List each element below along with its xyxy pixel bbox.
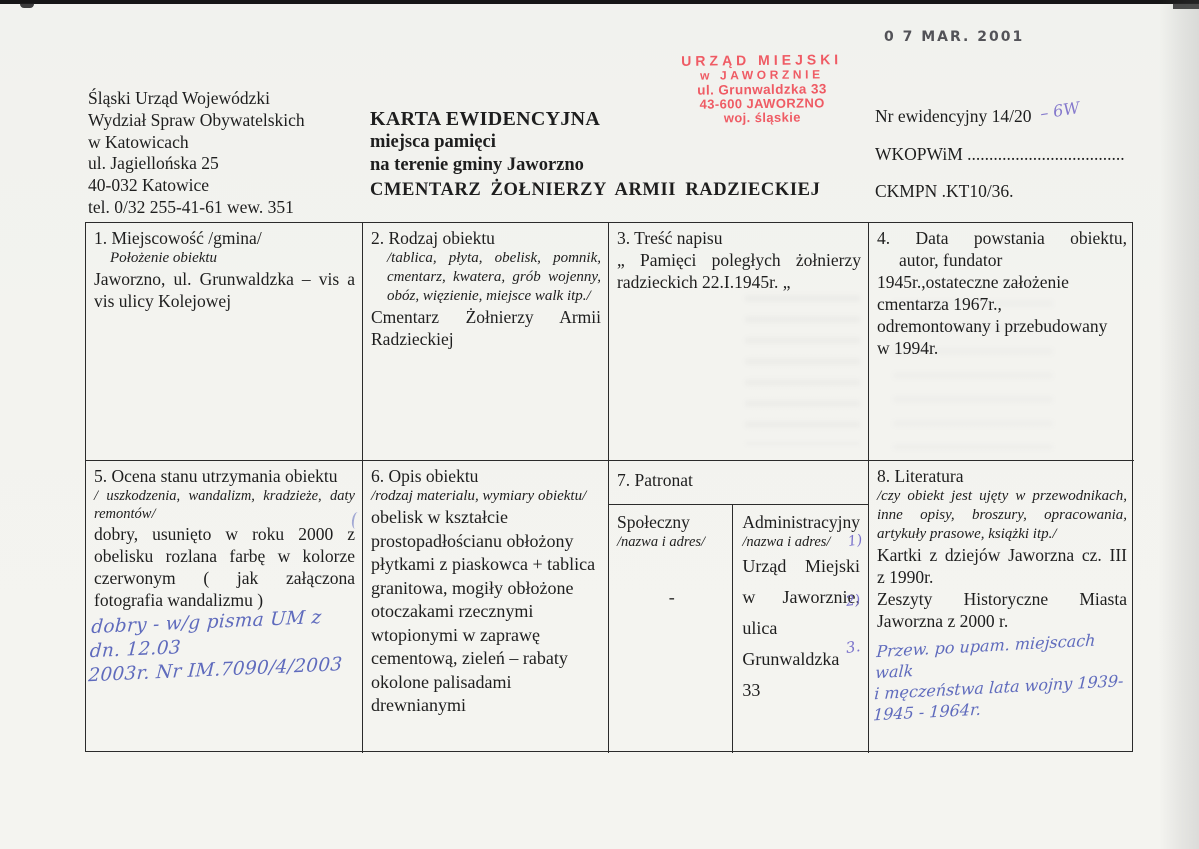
cell-hint: artykuły prasowe, książki itp./ bbox=[877, 525, 1127, 544]
cell-value-line: granitowa, mogiły obłożone bbox=[371, 577, 601, 601]
cell-value-line: obelisku rozlana farbę w kolorze bbox=[94, 545, 355, 567]
cell-rodzaj-obiektu: 2. Rodzaj obiektu /tablica, płyta, obeli… bbox=[363, 223, 609, 461]
sender-line: w Katowicach bbox=[88, 132, 305, 154]
card-subtitle: na terenie gminy Jaworzno bbox=[370, 154, 820, 177]
cell-miejscowosc: 1. Miejscowość /gmina/ Położenie obiektu… bbox=[86, 223, 363, 461]
cell-value-line: wtopionymi w zaprawę bbox=[371, 624, 601, 648]
cell-patronat: 7. Patronat Społeczny /nazwa i adres/ - … bbox=[609, 461, 869, 753]
cell-value-line: Urząd Miejski bbox=[742, 551, 860, 582]
cell-value-line: radzieckich 22.I.1945r. „ bbox=[617, 271, 861, 293]
cell-hint: /tablica, płyta, obelisk, pomnik, bbox=[371, 249, 601, 268]
cell-opis-obiektu: 6. Opis obiektu /rodzaj materialu, wymia… bbox=[363, 461, 609, 753]
subcolumn-hint: /nazwa i adres/ bbox=[742, 533, 860, 551]
cell-hint: remontów/ bbox=[94, 505, 355, 523]
handwritten-annotation: 1) bbox=[846, 530, 863, 553]
cell-value-line: Radzieckiej bbox=[371, 328, 601, 350]
cell-value-line: cementową, zieleń – rabaty bbox=[371, 647, 601, 671]
cell-heading: 5. Ocena stanu utrzymania obiektu bbox=[94, 465, 355, 487]
registry-number-line: Nr ewidencyjny 14/20– 6W bbox=[875, 106, 1125, 127]
cell-value-line: Jaworzna z 2000 r. bbox=[877, 610, 1127, 632]
card-subtitle: miejsca pamięci bbox=[370, 131, 820, 154]
cell-value-line: Kartki z dziejów Jaworzna cz. III bbox=[877, 544, 1127, 566]
cell-value-line: obelisk w kształcie bbox=[371, 506, 601, 530]
sender-line: ul. Jagiellońska 25 bbox=[88, 153, 305, 175]
cell-tresc-napisu: 3. Treść napisu „ Pamięci poległych żołn… bbox=[609, 223, 869, 461]
cell-hint: obóz, więzienie, miejsce walk itp./ bbox=[371, 287, 601, 306]
cell-value-line: 1945r.,ostateczne założenie bbox=[877, 271, 1127, 293]
registry-number: Nr ewidencyjny 14/20 bbox=[875, 106, 1032, 126]
cell-value-line: czerwonym ( jak załączona bbox=[94, 567, 355, 589]
cell-heading: 4. Data powstania obiektu, bbox=[877, 227, 1127, 249]
cell-value-line: odremontowany i przebudowany bbox=[877, 315, 1127, 337]
cell-heading: autor, fundator bbox=[877, 249, 1127, 271]
object-title: CMENTARZ ŻOŁNIERZY ARMII RADZIECKIEJ bbox=[370, 178, 820, 202]
subcolumn-value: - bbox=[617, 587, 726, 609]
cell-data-powstania: 4. Data powstania obiektu, autor, fundat… bbox=[869, 223, 1134, 461]
municipal-office-stamp: URZĄD MIEJSKI w JAWORZNIE ul. Grunwaldzk… bbox=[642, 52, 883, 127]
scan-artifact bbox=[20, 3, 34, 8]
handwritten-note: dobry - w/g pisma UM z dn. 12.03 2003r. … bbox=[88, 605, 355, 689]
cell-hint: cmentarz, kwatera, grób wojenny, bbox=[371, 268, 601, 287]
cell-hint: / uszkodzenia, wandalizm, kradzieże, dat… bbox=[94, 487, 355, 505]
cell-value-line: cmentarza 1967r., bbox=[877, 293, 1127, 315]
cell-literatura: 8. Literatura /czy obiekt jest ujęty w p… bbox=[869, 461, 1134, 753]
cell-value-line: drewnianymi bbox=[371, 694, 601, 718]
cell-value-line: płytkami z piaskowca + tablica bbox=[371, 553, 601, 577]
handwritten-note: Przew. po upam. miejscach walk i męczeńs… bbox=[873, 628, 1127, 725]
scanned-record-card-page: Śląski Urząd Wojewódzki Wydział Spraw Ob… bbox=[0, 0, 1199, 849]
cell-value-line: dobry, usunięto w roku 2000 z bbox=[94, 523, 355, 545]
cell-value-line: z 1990r. bbox=[877, 566, 1127, 588]
cell-heading: 1. Miejscowość /gmina/ bbox=[94, 227, 355, 249]
cell-value-line: Cmentarz Żołnierzy Armii bbox=[371, 306, 601, 328]
patronat-administrative: Administracyjny /nazwa i adres/ Urząd Mi… bbox=[733, 505, 868, 753]
subcolumn-title: Administracyjny bbox=[742, 511, 860, 533]
date-received-stamp: 0 7 MAR. 2001 bbox=[884, 29, 1024, 45]
sender-address-block: Śląski Urząd Wojewódzki Wydział Spraw Ob… bbox=[88, 88, 305, 219]
cell-value-line: Jaworzno, ul. Grunwaldzka – vis a bbox=[94, 268, 355, 290]
handwritten-annotation: 3. bbox=[844, 636, 861, 659]
cell-value-line: okolone palisadami bbox=[371, 671, 601, 695]
patronat-subcolumns: Społeczny /nazwa i adres/ - Administracy… bbox=[609, 505, 868, 753]
scan-shadow-right bbox=[1159, 0, 1199, 849]
wkopwim-line: WKOPWiM ................................… bbox=[875, 144, 1125, 165]
cell-value-line: otoczakami rzecznymi bbox=[371, 600, 601, 624]
cell-value-line: „ Pamięci poległych żołnierzy bbox=[617, 249, 861, 271]
stamp-line: woj. śląskie bbox=[642, 110, 882, 127]
cell-ocena-stanu: 5. Ocena stanu utrzymania obiektu / uszk… bbox=[86, 461, 363, 753]
cell-value-line: w Jaworznie, bbox=[742, 582, 860, 613]
sender-line: 40-032 Katowice bbox=[88, 175, 305, 197]
sender-line: Wydział Spraw Obywatelskich bbox=[88, 110, 305, 132]
cell-heading: 6. Opis obiektu bbox=[371, 465, 601, 487]
record-table: 1. Miejscowość /gmina/ Położenie obiektu… bbox=[85, 222, 1133, 752]
cell-heading: 8. Literatura bbox=[877, 465, 1127, 487]
subcolumn-title: Społeczny bbox=[617, 511, 726, 533]
handwritten-annotation: 2) bbox=[844, 590, 861, 613]
cell-hint: Położenie obiektu bbox=[94, 249, 355, 268]
subcolumn-hint: /nazwa i adres/ bbox=[617, 533, 726, 551]
patronat-social: Społeczny /nazwa i adres/ - bbox=[609, 505, 733, 753]
cell-hint: inne opisy, broszury, opracowania, bbox=[877, 506, 1127, 525]
cell-heading: 2. Rodzaj obiektu bbox=[371, 227, 601, 249]
cell-value-line: vis ulicy Kolejowej bbox=[94, 290, 355, 312]
sender-line: tel. 0/32 255-41-61 wew. 351 bbox=[88, 197, 305, 219]
cell-value-line: Zeszyty Historyczne Miasta bbox=[877, 588, 1127, 610]
cell-value-line: prostopadłościanu obłożony bbox=[371, 530, 601, 554]
cell-value-line: Grunwaldzka 33 bbox=[742, 644, 860, 706]
patronat-heading: 7. Patronat bbox=[609, 461, 868, 505]
handwritten-annotation: – 6W bbox=[1038, 97, 1081, 124]
cell-heading: 3. Treść napisu bbox=[617, 227, 861, 249]
sender-line: Śląski Urząd Wojewódzki bbox=[88, 88, 305, 110]
ckmpn-line: CKMPN .KT10/36. bbox=[875, 181, 1125, 202]
cell-value-line: ulica bbox=[742, 613, 860, 644]
cell-hint: /rodzaj materialu, wymiary obiektu/ bbox=[371, 487, 601, 506]
cell-value-line: w 1994r. bbox=[877, 337, 1127, 359]
scan-edge-top bbox=[0, 0, 1199, 4]
registry-numbers-block: Nr ewidencyjny 14/20– 6W WKOPWiM .......… bbox=[875, 106, 1125, 219]
cell-hint: /czy obiekt jest ujęty w przewodnikach, bbox=[877, 487, 1127, 506]
